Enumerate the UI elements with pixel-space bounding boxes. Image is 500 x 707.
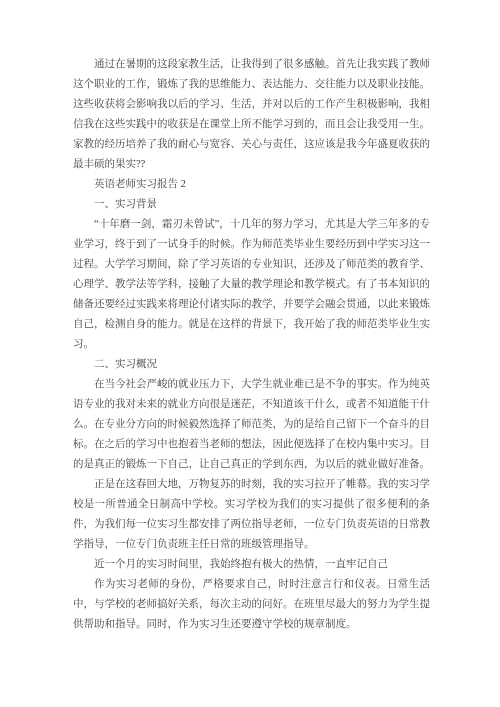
paragraph: 通过在暑期的这段家教生活，让我得到了很多感触。首先让我实践了教师这个职业的工作，… (73, 55, 430, 175)
paragraphs: 通过在暑期的这段家教生活，让我得到了很多感触。首先让我实践了教师这个职业的工作，… (73, 55, 430, 635)
paragraph: 一、实习背景 (73, 195, 430, 215)
paragraph: 英语老师实习报告 2 (73, 175, 430, 195)
document-body: 通过在暑期的这段家教生活，让我得到了很多感触。首先让我实践了教师这个职业的工作，… (0, 0, 500, 707)
paragraph: 作为实习老师的身份，严格要求自己，时时注意言行和仪表。日常生活中，与学校的老师搞… (73, 575, 430, 635)
paragraph: 在当今社会严峻的就业压力下，大学生就业难已是不争的事实。作为纯英语专业的我对未来… (73, 375, 430, 475)
document-page: { "document": { "background_color": "#ff… (0, 0, 500, 707)
paragraph: 正是在这春回大地，万物复苏的时刻，我的实习拉开了帷幕。我的实习学校是一所普通全日… (73, 475, 430, 555)
paragraph: “十年磨一剑，霜刃未曾试”，十几年的努力学习，尤其是大学三年多的专业学习，终于到… (73, 215, 430, 355)
paragraph: 近一个月的实习时间里，我始终抱有极大的热情，一直牢记自己 (73, 555, 430, 575)
paragraph: 二、实习概况 (73, 355, 430, 375)
